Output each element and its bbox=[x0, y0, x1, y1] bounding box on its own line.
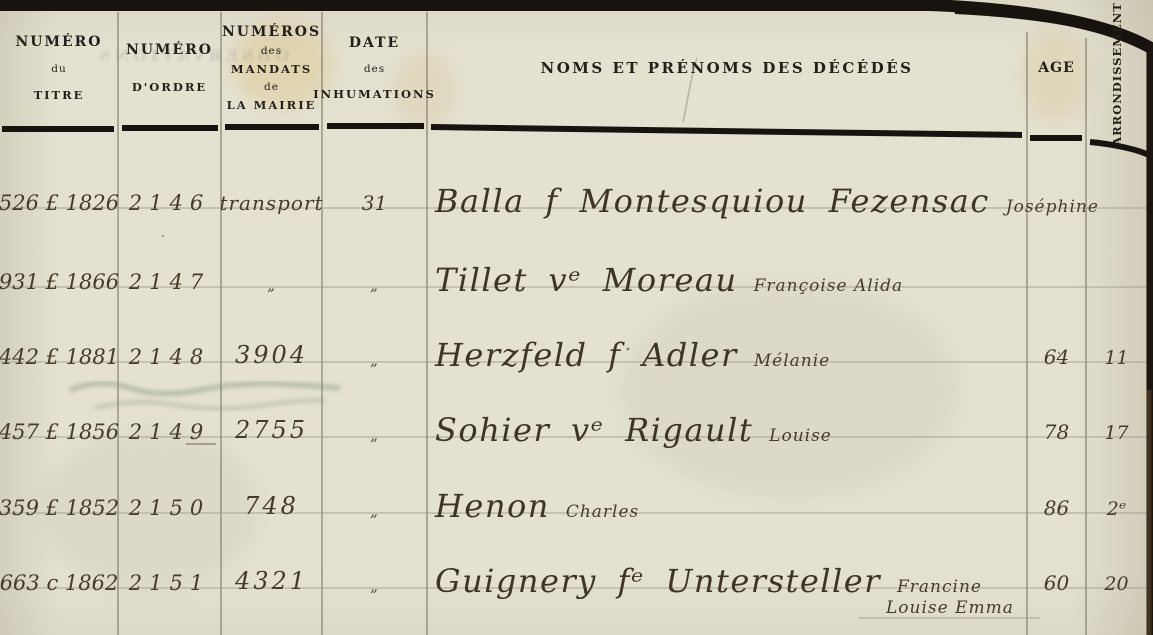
header-line: de bbox=[264, 81, 279, 93]
cell-numero-titre: 359 £ 1852 bbox=[0, 496, 118, 520]
cell-numero-ordre: 2146 bbox=[118, 191, 221, 215]
cell-mandat: 3904 bbox=[221, 341, 322, 369]
header-line: INHUMATIONS bbox=[313, 87, 436, 101]
cell-mandat: transport bbox=[221, 191, 322, 215]
cell-nom-prenom: Guignery fᵉ Untersteller Francine bbox=[427, 565, 1027, 597]
column-header-noms-prenoms: NOMS ET PRÉNOMS DES DÉCÉDÉS bbox=[427, 10, 1027, 126]
cell-numero-titre: 442 £ 1881 bbox=[0, 345, 118, 369]
column-header-date-inhumations: DATE des INHUMATIONS bbox=[322, 10, 427, 126]
header-line: DATE bbox=[349, 35, 400, 51]
header-line: du bbox=[51, 63, 66, 75]
cell-arrondissement: 17 bbox=[1086, 422, 1147, 444]
cell-mandat: 748 bbox=[221, 492, 322, 520]
cell-numero-ordre: 2149 bbox=[118, 420, 221, 444]
header-line: D'ORDRE bbox=[132, 80, 207, 94]
cell-numero-titre: 526 £ 1826 bbox=[0, 191, 118, 215]
deceased-given-name: Francine bbox=[897, 577, 982, 597]
cell-arrondissement: 20 bbox=[1086, 573, 1147, 595]
deceased-surname: Balla f Montesquiou Fezensac bbox=[435, 185, 990, 217]
header-line: MANDATS bbox=[231, 62, 312, 76]
cell-numero-ordre: 2150 bbox=[118, 496, 221, 520]
cell-numero-titre: 931 £ 1866 bbox=[0, 270, 118, 294]
table-row: 359 £ 1852 2150 748 „ Henon Charles 86 2… bbox=[0, 443, 1153, 513]
header-line: NUMÉROS bbox=[222, 24, 321, 40]
cell-nom-prenom: Sohier vᵉ Rigault Louise bbox=[427, 414, 1027, 446]
cell-arrondissement: 11 bbox=[1086, 347, 1147, 369]
cell-numero-ordre: 2148 bbox=[118, 345, 221, 369]
cell-numero-ordre: 2147 bbox=[118, 270, 221, 294]
table-row: 663 c 1862 2151 4321 „ Guignery fᵉ Unter… bbox=[0, 518, 1153, 588]
header-line: AGE bbox=[1038, 60, 1075, 76]
column-header-numero-titre: NUMÉRO du TITRE bbox=[0, 10, 118, 126]
header-line: TITRE bbox=[34, 88, 85, 102]
header-line-vertical: ARRONDISSEMENT bbox=[1110, 2, 1124, 146]
column-header-age: AGE bbox=[1027, 10, 1086, 126]
header-line: NUMÉRO bbox=[126, 42, 213, 58]
column-header-numero-ordre: NUMÉRO D'ORDRE bbox=[118, 10, 221, 126]
deceased-surname: Guignery fᵉ Untersteller bbox=[435, 565, 881, 597]
cell-date: „ bbox=[322, 577, 427, 595]
cell-mandat: 4321 bbox=[221, 567, 322, 595]
cell-age: 64 bbox=[1027, 345, 1086, 369]
column-header-mandats-mairie: NUMÉROS des MANDATS de LA MAIRIE bbox=[221, 10, 322, 126]
deceased-given-name: Joséphine bbox=[1006, 197, 1099, 217]
header-line: LA MAIRIE bbox=[227, 98, 317, 112]
header-line: des bbox=[364, 63, 385, 75]
cell-age: 78 bbox=[1027, 420, 1086, 444]
cell-age: 86 bbox=[1027, 496, 1086, 520]
cell-nom-prenom: Balla f Montesquiou Fezensac Joséphine bbox=[427, 185, 1027, 217]
register-page: OBSERVATIONS bbox=[0, 0, 1153, 635]
column-header-arrondissement: ARRONDISSEMENT bbox=[1086, 10, 1147, 138]
cell-age: 60 bbox=[1027, 571, 1086, 595]
table-row: 442 £ 1881 2148 3904 „ Herzfeld f Adler … bbox=[0, 292, 1153, 362]
table-row: 457 £ 1856 2149 2755 „ Sohier vᵉ Rigault… bbox=[0, 367, 1153, 437]
cell-numero-titre: 457 £ 1856 bbox=[0, 420, 118, 444]
cell-date: „ bbox=[322, 426, 427, 444]
cell-mandat: 2755 bbox=[221, 416, 322, 444]
header-line: des bbox=[261, 45, 282, 57]
header-line: NUMÉRO bbox=[15, 34, 102, 50]
table-row: 931 £ 1866 2147 „ „ Tillet vᵉ Moreau Fra… bbox=[0, 217, 1153, 287]
cell-date: 31 bbox=[322, 191, 427, 215]
cell-numero-ordre: 2151 bbox=[118, 571, 221, 595]
cell-arrondissement: 2ᵉ bbox=[1086, 498, 1147, 520]
table-row: 526 £ 1826 2146 transport 31 Balla f Mon… bbox=[0, 138, 1153, 208]
deceased-surname: Sohier vᵉ Rigault bbox=[435, 414, 753, 446]
deceased-given-name-second-line: Louise Emma bbox=[886, 598, 1014, 618]
header-line: NOMS ET PRÉNOMS DES DÉCÉDÉS bbox=[541, 59, 914, 77]
cell-numero-titre: 663 c 1862 bbox=[0, 571, 118, 595]
